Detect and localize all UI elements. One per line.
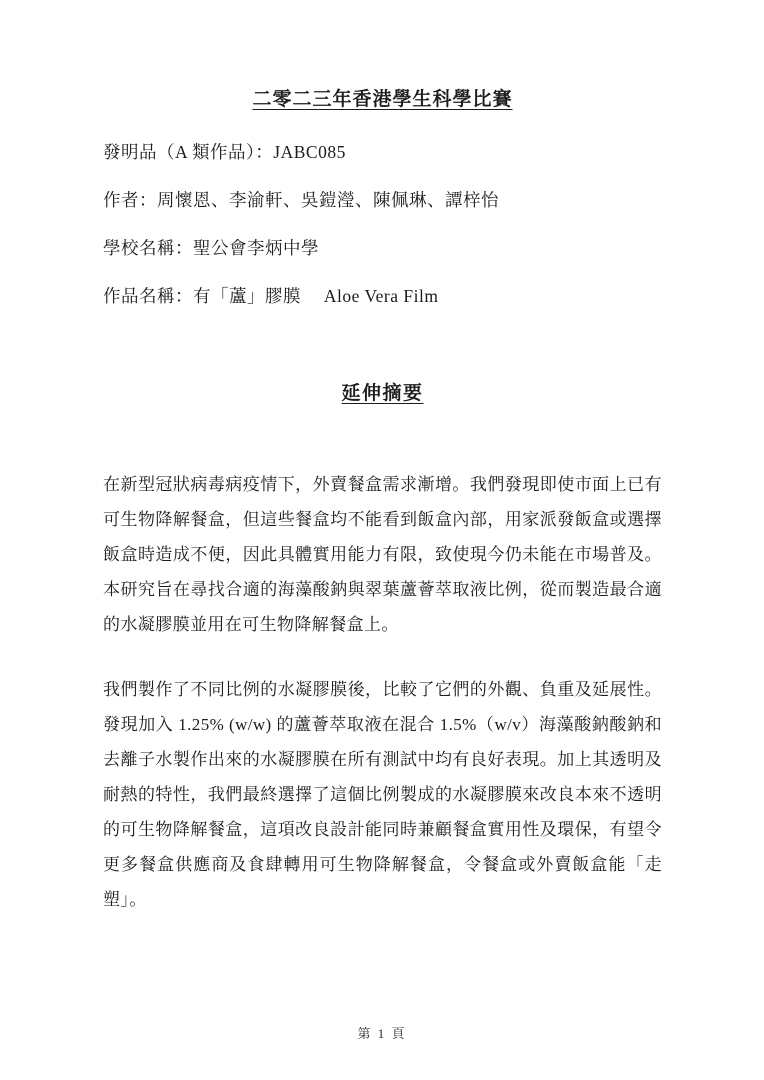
document-meta-block: 發明品（A 類作品）：JABC085 作者：周懷恩、李渝軒、吳鎧瀅、陳佩琳、譚梓… xyxy=(103,143,662,306)
document-content: 二零二三年香港學生科學比賽 發明品（A 類作品）：JABC085 作者：周懷恩、… xyxy=(0,84,764,917)
abstract-paragraph-2: 我們製作了不同比例的水凝膠膜後，比較了它們的外觀、負重及延展性。發現加入 1.2… xyxy=(103,672,662,917)
meta-line-project-name: 作品名稱：有「蘆」膠膜 Aloe Vera Film xyxy=(103,287,662,306)
page-number: 第 1 頁 xyxy=(0,1023,764,1042)
abstract-paragraph-1: 在新型冠狀病毒病疫情下，外賣餐盒需求漸增。我們發現即使市面上已有可生物降解餐盒，… xyxy=(103,467,662,642)
document-page: 二零二三年香港學生科學比賽 發明品（A 類作品）：JABC085 作者：周懷恩、… xyxy=(0,0,764,1080)
document-title: 二零二三年香港學生科學比賽 xyxy=(103,84,662,111)
meta-line-invention-id: 發明品（A 類作品）：JABC085 xyxy=(103,143,662,162)
meta-line-authors: 作者：周懷恩、李渝軒、吳鎧瀅、陳佩琳、譚梓怡 xyxy=(103,191,662,210)
section-heading-extended-abstract: 延伸摘要 xyxy=(103,378,662,405)
meta-line-school-name: 學校名稱：聖公會李炳中學 xyxy=(103,239,662,258)
